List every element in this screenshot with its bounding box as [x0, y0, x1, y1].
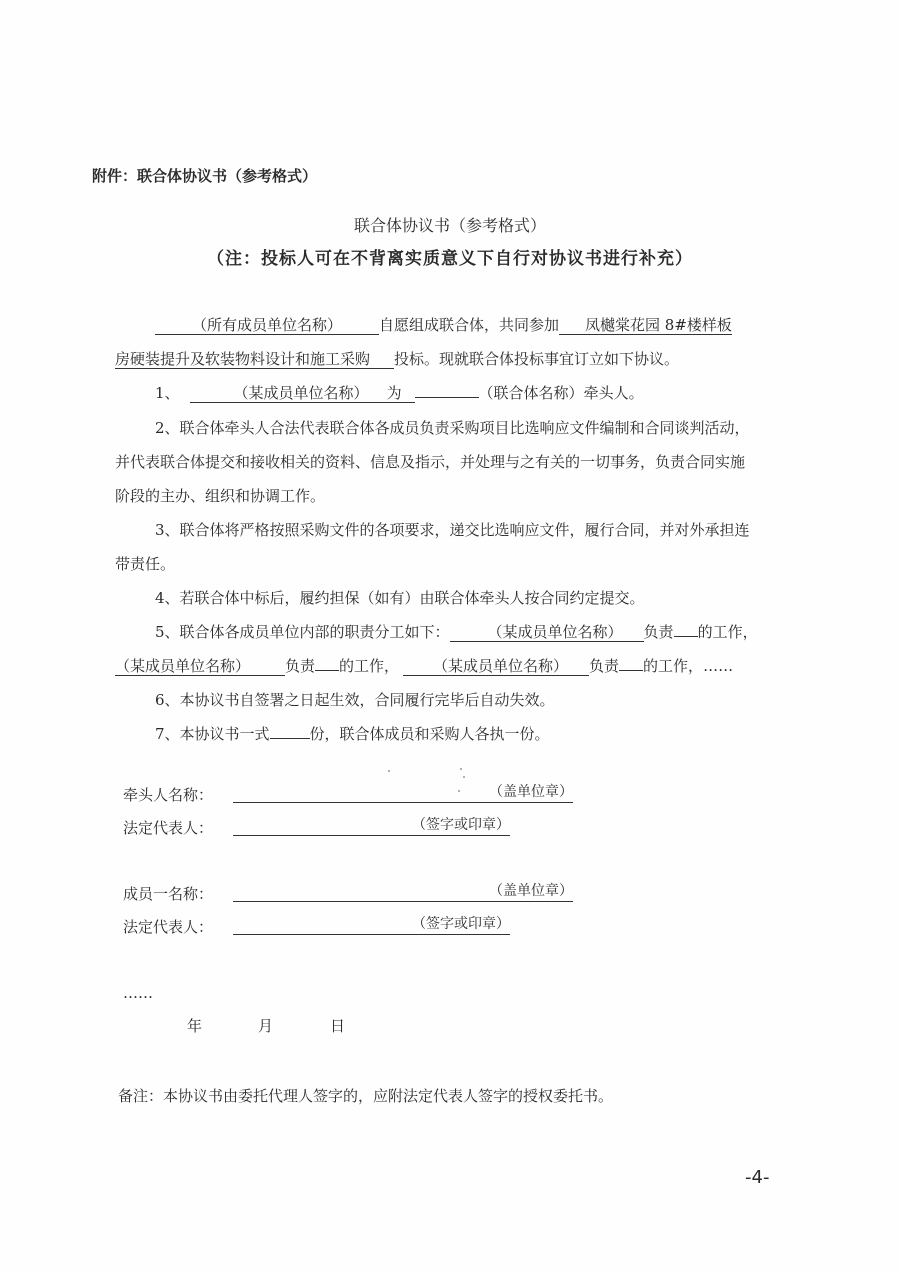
attachment-heading: 附件：联合体协议书（参考格式） — [92, 166, 317, 186]
lead-rep-hint: （签字或印章） — [412, 814, 510, 834]
doc-note: （注：投标人可在不背离实质意义下自行对协议书进行补充） — [0, 244, 900, 269]
lead-rep-field[interactable]: （签字或印章） — [233, 817, 510, 836]
duty-blank-3[interactable] — [619, 670, 643, 671]
member-blank-2[interactable]: （某成员单位名称） — [115, 657, 285, 676]
clause-2-line-3: 阶段的主办、组织和协调工作。 — [115, 486, 325, 506]
remark: 备注：本协议书由委托代理人签字的，应附法定代表人签字的授权委托书。 — [118, 1086, 613, 1106]
intro-line-2: 房硬装提升及软装物料设计和施工采购投标。现就联合体投标事宜订立如下协议。 — [115, 349, 679, 369]
clause-1-tail: 牵头人。 — [584, 384, 644, 402]
member-blank-3[interactable]: （某成员单位名称） — [403, 657, 589, 676]
clause-1-wei: 为 — [369, 384, 402, 402]
member-blank-1-hint: （某成员单位名称） — [450, 623, 623, 641]
duty-blank-1[interactable] — [674, 636, 698, 637]
lead-member-blank[interactable]: （某成员单位名称）为 — [190, 384, 415, 403]
member-blank-2-hint: （某成员单位名称） — [115, 657, 250, 675]
member1-rep-label: 法定代表人： — [123, 917, 213, 937]
date-month: 月 — [258, 1016, 273, 1036]
member1-name-field[interactable]: （盖单位章） — [233, 883, 573, 902]
signatures-ellipsis: …… — [123, 983, 153, 1003]
scan-speck — [463, 776, 465, 778]
consortium-name-blank[interactable] — [415, 397, 479, 398]
lead-member-hint: （某成员单位名称） — [190, 384, 369, 402]
member-blank-1[interactable]: （某成员单位名称） — [450, 623, 644, 642]
member-blank-3-hint: （某成员单位名称） — [403, 657, 568, 675]
clause-5-prefix: 5、联合体各成员单位内部的职责分工如下： — [155, 623, 450, 641]
consortium-name-hint: （联合体名称） — [479, 384, 584, 402]
date-year: 年 — [187, 1016, 202, 1036]
clause-4: 4、若联合体中标后，履约担保（如有）由联合体牵头人按合同约定提交。 — [155, 588, 645, 608]
clause-5-work-1: 的工作， — [698, 623, 758, 641]
intro-text-b: 投标。现就联合体投标事宜订立如下协议。 — [394, 350, 679, 368]
clause-5-fuze-3: 负责 — [589, 657, 619, 675]
clause-5-work-2: 的工作， — [339, 657, 399, 675]
member1-rep-field[interactable]: （签字或印章） — [233, 916, 510, 935]
clause-5-fuze-2: 负责 — [285, 657, 315, 675]
members-blank[interactable]: （所有成员单位名称） — [155, 316, 379, 335]
clause-6: 6、本协议书自签署之日起生效，合同履行完毕后自动失效。 — [155, 690, 555, 710]
clause-2-line-1: 2、联合体牵头人合法代表联合体各成员负责采购项目比选响应文件编制和合同谈判活动， — [155, 418, 750, 438]
intro-line-1: （所有成员单位名称）自愿组成联合体，共同参加凤樾棠花园 8#楼样板 — [155, 315, 732, 335]
clause-5-line-2: （某成员单位名称）负责的工作，（某成员单位名称）负责的工作，…… — [115, 656, 733, 676]
clause-1: 1、（某成员单位名称）为（联合体名称）牵头人。 — [155, 383, 644, 403]
date-day: 日 — [330, 1016, 345, 1036]
lead-rep-label: 法定代表人： — [123, 818, 213, 838]
clause-7-suffix: 份，联合体成员和采购人各执一份。 — [310, 725, 550, 743]
clause-7: 7、本协议书一式份，联合体成员和采购人各执一份。 — [155, 724, 550, 744]
project-name-part1: 凤樾棠花园 8#楼样板 — [559, 316, 732, 335]
scan-speck — [388, 770, 390, 772]
clause-2-line-2: 并代表联合体提交和接收相关的资料、信息及指示，并处理与之有关的一切事务，负责合同… — [115, 452, 745, 472]
project-name-part2: 房硬装提升及软装物料设计和施工采购 — [115, 350, 394, 369]
clause-7-prefix: 7、本协议书一式 — [155, 725, 270, 743]
duty-blank-2[interactable] — [315, 670, 339, 671]
copies-blank[interactable] — [270, 738, 310, 739]
page-number: -4- — [745, 1167, 769, 1188]
scan-speck — [460, 768, 462, 770]
clause-5-work-3: 的工作， — [643, 657, 703, 675]
lead-name-field[interactable]: （盖单位章） — [233, 784, 573, 803]
clause-5-fuze-1: 负责 — [644, 623, 674, 641]
clause-5-ellipsis: …… — [703, 657, 733, 675]
scan-speck — [458, 790, 460, 792]
clause-1-number: 1、 — [155, 384, 180, 402]
member1-name-label: 成员一名称： — [123, 884, 213, 904]
members-blank-hint: （所有成员单位名称） — [192, 316, 342, 334]
member1-rep-hint: （签字或印章） — [412, 913, 510, 933]
lead-name-label: 牵头人名称： — [123, 785, 213, 805]
member1-name-hint: （盖单位章） — [489, 880, 573, 900]
clause-3-line-1: 3、联合体将严格按照采购文件的各项要求，递交比选响应文件，履行合同，并对外承担连 — [155, 520, 750, 540]
clause-3-line-2: 带责任。 — [115, 554, 175, 574]
doc-title: 联合体协议书（参考格式） — [0, 213, 900, 236]
lead-name-hint: （盖单位章） — [489, 781, 573, 801]
clause-5-line-1: 5、联合体各成员单位内部的职责分工如下：（某成员单位名称）负责的工作， — [155, 622, 758, 642]
intro-text-a: 自愿组成联合体，共同参加 — [379, 316, 559, 334]
